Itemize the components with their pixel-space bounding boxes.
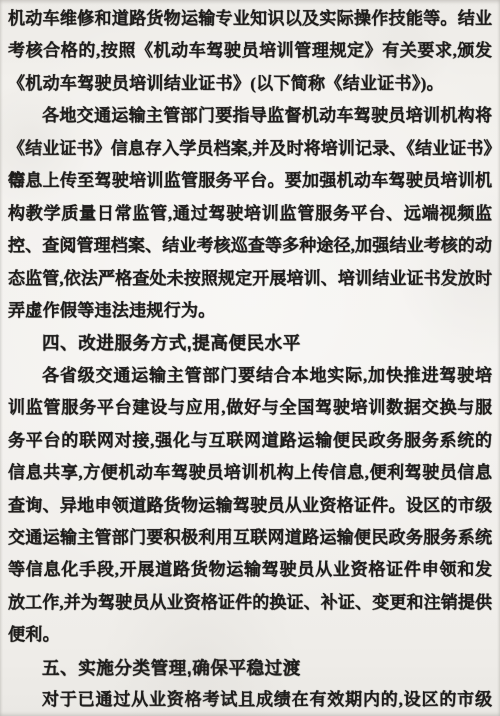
text-line: 信息共享,方便机动车驾驶员培训机构上传信息,便利驾驶员信息	[8, 457, 492, 489]
text-line: 态监管,依法严格查处未按照规定开展培训、培训结业证书发放时	[8, 263, 492, 295]
text-line: 务平台的联网对接,强化与互联网道路运输便民政务服务系统的	[8, 425, 492, 457]
text-line: 放工作,并为驾驶员从业资格证件的换证、补证、变更和注销提供	[8, 587, 492, 619]
text-line: 控、查阅管理档案、结业考核巡查等多种途径,加强结业考核的动	[8, 230, 492, 262]
text-line: 考核合格的,按照《机动车驾驶员培训管理规定》有关要求,颁发	[8, 35, 492, 67]
text-line: 各省级交通运输主管部门要结合本地实际,加快推进驾驶培	[8, 360, 492, 392]
document-text-block: 机动车维修和道路货物运输专业知识以及实际操作技能等。结业 考核合格的,按照《机动…	[8, 3, 492, 716]
text-line: 便利。	[8, 619, 492, 651]
section-heading-5: 五、实施分类管理,确保平稳过渡	[8, 652, 492, 684]
text-line: 信息上传至驾驶培训监管服务平台。要加强机动车驾驶员培训机	[8, 165, 492, 197]
document-page: 机动车维修和道路货物运输专业知识以及实际操作技能等。结业 考核合格的,按照《机动…	[0, 0, 500, 716]
text-line: 等信息化手段,开展道路货物运输驾驶员从业资格证件申领和发	[8, 554, 492, 586]
text-line: 《机动车驾驶员培训结业证书》(以下简称《结业证书》)。	[8, 68, 492, 100]
text-line: 对于已通过从业资格考试且成绩在有效期内的,设区的市级	[8, 684, 492, 716]
text-line: 查询、异地申领道路货物运输驾驶员从业资格证件。设区的市级	[8, 490, 492, 522]
text-line: 机动车维修和道路货物运输专业知识以及实际操作技能等。结业	[8, 3, 492, 35]
text-line: 交通运输主管部门要积极利用互联网道路运输便民政务服务系统	[8, 522, 492, 554]
text-line: 弄虚作假等违法违规行为。	[8, 295, 492, 327]
text-line: 构教学质量日常监管,通过驾驶培训监管服务平台、远端视频监	[8, 198, 492, 230]
text-line: 训监管服务平台建设与应用,做好与全国驾驶培训数据交换与服	[8, 392, 492, 424]
text-line: 各地交通运输主管部门要指导监督机动车驾驶员培训机构将	[8, 100, 492, 132]
text-line: 《结业证书》信息存入学员档案,并及时将培训记录、《结业证书》等	[8, 133, 492, 165]
section-heading-4: 四、改进服务方式,提高便民水平	[8, 327, 492, 359]
